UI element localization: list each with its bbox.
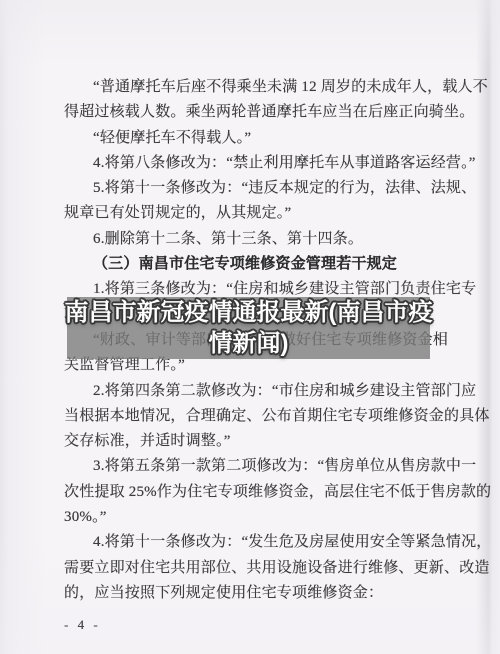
- document-line: 需要立即对住宅共用部位、共用设施设备进行维修、更新、改造: [64, 556, 450, 581]
- page-number: - 4 -: [64, 612, 450, 637]
- document-line: 得超过核载人数。乘坐两轮普通摩托车应当在后座正向骑坐。: [64, 100, 450, 125]
- document-line: 4.将第十一条修改为：“发生危及房屋使用安全等紧急情况，: [64, 530, 450, 555]
- document-line: 规章已有处罚规定的，从其规定。”: [64, 201, 450, 226]
- document-line: 4.将第八条修改为：“禁止利用摩托车从事道路客运经营。”: [64, 151, 450, 176]
- document-line: 30%。”: [64, 505, 450, 530]
- document-line: “轻便摩托车不得载人。”: [64, 126, 450, 151]
- document-line: 的，应当按照下列规定使用住宅专项维修资金：: [64, 581, 450, 606]
- document-line: 6.删除第十二条、第十三条、第十四条。: [64, 227, 450, 252]
- banner-title-line2: 情新闻): [209, 328, 289, 359]
- document-line: 交存标准，并适时调整。”: [64, 429, 450, 454]
- document-line: 2.将第四条第二款修改为：“市住房和城乡建设主管部门应: [64, 379, 450, 404]
- document-line: 次性提取 25%作为住宅专项维修资金，高层住宅不低于售房款的: [64, 480, 450, 505]
- document-line: 5.将第十一条修改为：“违反本规定的行为，法律、法规、: [64, 176, 450, 201]
- document-line: “普通摩托车后座不得乘坐未满 12 周岁的未成年人，载人不: [64, 75, 450, 100]
- watermark-title-banner: 南昌市新冠疫情通报最新(南昌市疫 情新闻): [67, 297, 430, 359]
- document-line: 当根据本地情况，合理确定、公布首期住宅专项维修资金的具体: [64, 404, 450, 429]
- document-heading-line: （三）南昌市住宅专项维修资金管理若干规定: [64, 252, 450, 277]
- document-line: 3.将第五条第一款第二项修改为：“售房单位从售房款中一: [64, 454, 450, 479]
- scanned-document-page: “普通摩托车后座不得乘坐未满 12 周岁的未成年人，载人不得超过核载人数。乘坐两…: [0, 0, 500, 654]
- banner-title-line1: 南昌市新冠疫情通报最新(南昌市疫: [65, 297, 433, 328]
